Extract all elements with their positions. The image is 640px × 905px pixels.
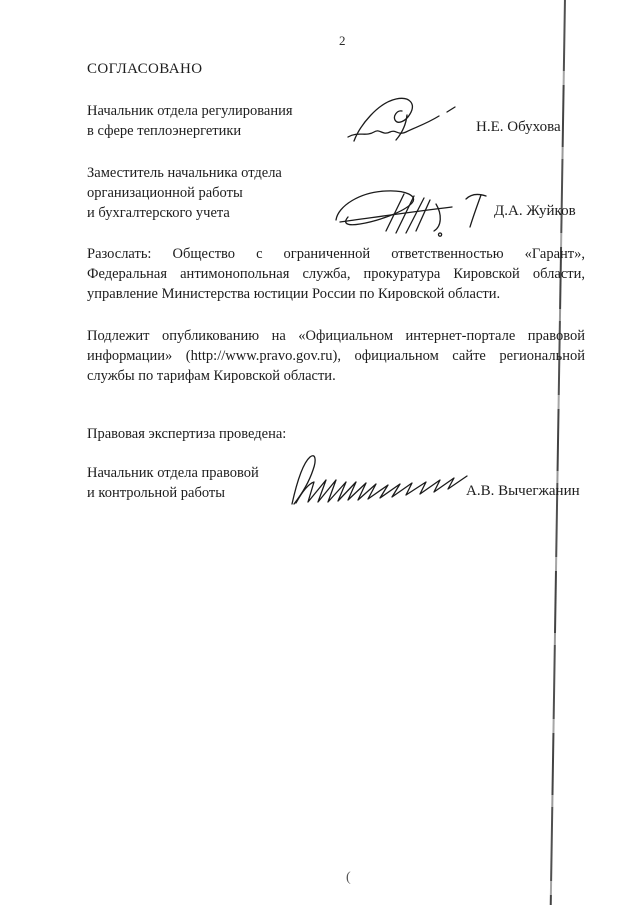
signature-vychegzhanin bbox=[284, 452, 478, 512]
signoff-title-obukhova: Начальник отдела регулирования в сфере т… bbox=[87, 101, 293, 141]
paragraph-line: информации» (http://www.pravo.gov.ru), о… bbox=[87, 346, 585, 366]
paragraph-line: службы по тарифам Кировской области. bbox=[87, 366, 585, 386]
distribution-paragraph: Разослать: Общество с ограниченной ответ… bbox=[87, 244, 585, 304]
publication-paragraph: Подлежит опубликованию на «Официальном и… bbox=[87, 326, 585, 386]
signoff-title-line: в сфере теплоэнергетики bbox=[87, 121, 293, 141]
signoff-name-zhuykov: Д.А. Жуйков bbox=[494, 201, 576, 221]
signoff-name-vychegzhanin: А.В. Вычегжанин bbox=[466, 481, 580, 501]
paragraph-line: Подлежит опубликованию на «Официальном и… bbox=[87, 326, 585, 346]
legal-expertise-label: Правовая экспертиза проведена: bbox=[87, 424, 286, 444]
signature-obukhova bbox=[344, 95, 458, 149]
page-number: 2 bbox=[339, 33, 346, 49]
scan-bottom-mark: ( bbox=[346, 870, 351, 886]
paragraph-line: Федеральная антимонопольная служба, прок… bbox=[87, 264, 585, 284]
signoff-title-line: Начальник отдела регулирования bbox=[87, 101, 293, 121]
signoff-title-vychegzhanin: Начальник отдела правовой и контрольной … bbox=[87, 463, 259, 503]
signature-zhuykov bbox=[330, 184, 496, 238]
signoff-title-line: и контрольной работы bbox=[87, 483, 259, 503]
signoff-title-line: Заместитель начальника отдела bbox=[87, 163, 282, 183]
signoff-title-zhuykov: Заместитель начальника отдела организаци… bbox=[87, 163, 282, 223]
approval-heading: СОГЛАСОВАНО bbox=[87, 59, 202, 79]
paragraph-line: управление Министерства юстиции России п… bbox=[87, 284, 585, 304]
paragraph-line: Разослать: Общество с ограниченной ответ… bbox=[87, 244, 585, 264]
signoff-title-line: Начальник отдела правовой bbox=[87, 463, 259, 483]
signoff-title-line: организационной работы bbox=[87, 183, 282, 203]
signoff-title-line: и бухгалтерского учета bbox=[87, 203, 282, 223]
signoff-name-obukhova: Н.Е. Обухова bbox=[476, 117, 561, 137]
document-page: 2 СОГЛАСОВАНО Начальник отдела регулиров… bbox=[0, 0, 640, 905]
